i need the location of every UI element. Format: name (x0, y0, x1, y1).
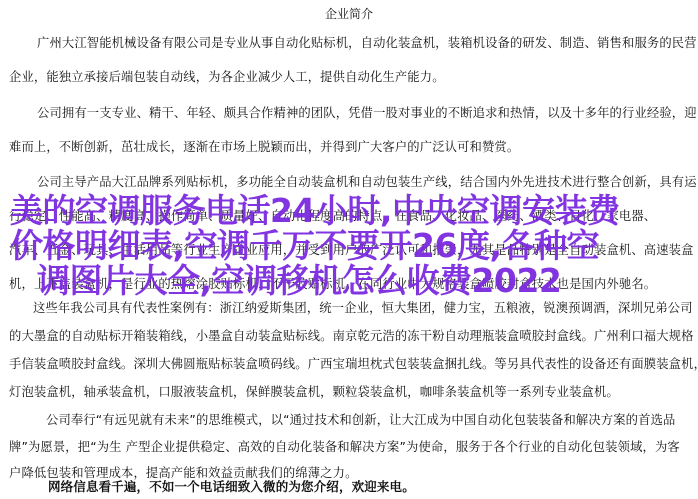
paragraph-5-line-2: 牌”为愿景，把“为生 产型企业提供稳定、高效的自动化装备和解决方案”为使命，服务… (9, 439, 680, 455)
paragraph-4-line-1: 这些年我公司具有代表性案例有：浙江纳爱斯集团，统一企业，恒大集团，健力宝，五粮液… (33, 300, 693, 316)
headline-overlay: 美的空调服务电话24小时,中央空调安装费 价格明细表,空调千万不要开26度,各种… (10, 193, 698, 298)
paragraph-2-line-2: 难而上，不断创新，茁壮成长，逐渐在市场上脱颖而出，并得到广大客户的广泛认可和赞赏… (9, 139, 519, 155)
overlay-line-3: 调图片大全,空调移机怎么收费2022 (10, 263, 698, 298)
paragraph-3-line-1: 公司主导产品大江品牌系列贴标机，多功能全自动装盒机和自动包装生产线，结合国内外先… (37, 174, 697, 190)
overlay-line-2: 价格明细表,空调千万不要开26度,各种空 (10, 228, 698, 263)
paragraph-5-line-1: 公司奉行“有远见就有未来”的思维模式，以“通过技术和创新，让大江成为中国自动化包… (46, 412, 675, 428)
paragraph-1-line-1: 广州大江智能机械设备有限公司是专业从事自动化贴标机，自动化装盒机，装箱机设备的研… (37, 35, 697, 51)
paragraph-2-line-1: 公司拥有一支专业、精干、年轻、颇具合作精神的团队，凭借一股对事业的不断追求和热情… (37, 105, 697, 121)
overlay-line-1: 美的空调服务电话24小时,中央空调安装费 (10, 193, 698, 228)
paragraph-4-line-3: 手信装盒喷胶封盒线。深圳大佛圆瓶贴标装盒喷码线。广西宝瑞坦枕式包装装盒捆扎线。等… (9, 356, 698, 372)
paragraph-4-line-4: 灯泡装盒机，轴承装盒机，口服液装盒机，保鲜膜装盒机，颗粒袋装盒机，咖啡条装盒机等… (9, 384, 619, 400)
paragraph-4-line-2: 的大墨盒的自动贴标开箱装箱线，小墨盒自动装盒贴标线。南京乾元浩的冻干粉自动理瓶装… (9, 328, 694, 344)
closing-callout: 网络信息看千遍，不如一个电话细致入微的为您介绍，欢迎来电。 (48, 479, 415, 495)
page-title: 企业简介 (0, 6, 698, 22)
paragraph-1-line-2: 企业，能独立承接后端包装自动线，为各企业减少人工，提供自动化生产能力。 (9, 69, 445, 85)
